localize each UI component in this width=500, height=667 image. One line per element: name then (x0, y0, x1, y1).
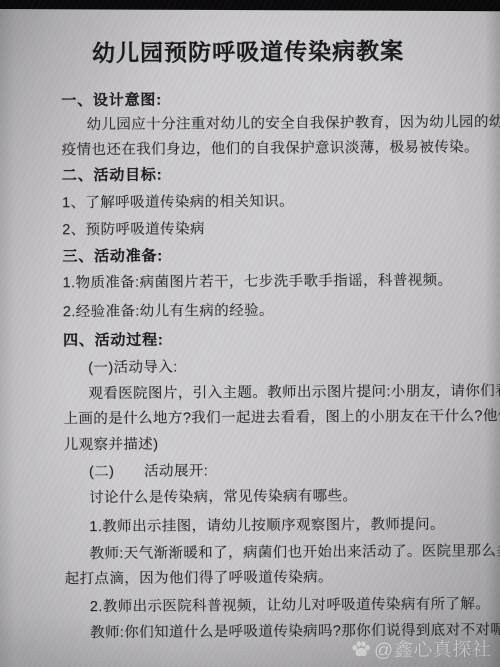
section-heading: 三、活动准备: (62, 249, 163, 266)
list-item-line: 2、预防呼吸道传染病 (62, 221, 205, 238)
paragraph-line: 儿观察并描述) (64, 437, 159, 454)
paragraph-line: 2.教师出示医院科普视频，让幼儿对呼吸道传染病有所了解。 (90, 596, 490, 615)
paragraph-line: 疫情也还在我们身边，他们的自我保护意识淡薄，极易被传染。 (62, 139, 479, 158)
paragraph-line: 1.教师出示挂图，请幼儿按顺序观察图片，教师提问。 (89, 517, 445, 535)
paragraph-line: 教师:天气渐渐暖和了，病菌们也开始出来活动了。医院里那么多小朋友一 (89, 543, 500, 562)
subsection-line: (一)活动导入: (88, 360, 178, 377)
paragraph-line: 起打点滴，因为他们得了呼吸道传染病。 (65, 569, 333, 587)
paragraph-line: 幼儿园应十分注重对幼儿的安全自我保护教育，因为幼儿园的幼儿年龄较小， (86, 114, 500, 134)
list-item-line: 2.经验准备:幼儿有生病的经验。 (63, 303, 274, 320)
paw-icon (351, 639, 371, 659)
list-item-line: 1、了解呼吸道传染病的相关知识。 (62, 194, 294, 212)
paragraph-line: 上画的是什么地方?我们一起进去看看，图上的小朋友在干什么?他们怎么了?(幼 (64, 408, 500, 428)
subsection-line: (二) 活动展开: (89, 463, 208, 480)
section-heading: 四、活动过程: (63, 333, 164, 350)
paragraph-line: 讨论什么是传染病，常见传染病有哪些。 (89, 488, 357, 506)
lesson-plan-document: 幼儿园预防呼吸道传染病教案 一、设计意图: 幼儿园应十分注重对幼儿的安全自我保护… (0, 0, 500, 667)
watermark: @鑫心真探社 (351, 635, 491, 663)
paragraph-line: 观看医院图片，引入主题。教师出示图片提问:小朋友，请你们看一看，图 (88, 383, 500, 402)
list-item-line: 1.物质准备:病菌图片若干，七步洗手歌手指谣，科普视频。 (63, 273, 453, 292)
section-heading: 二、活动目标: (62, 168, 163, 185)
document-title: 幼儿园预防呼吸道传染病教案 (0, 32, 498, 68)
photographed-document-page: 幼儿园预防呼吸道传染病教案 一、设计意图: 幼儿园应十分注重对幼儿的安全自我保护… (0, 0, 500, 667)
section-heading: 一、设计意图: (61, 93, 162, 110)
watermark-handle: @鑫心真探社 (374, 635, 491, 663)
